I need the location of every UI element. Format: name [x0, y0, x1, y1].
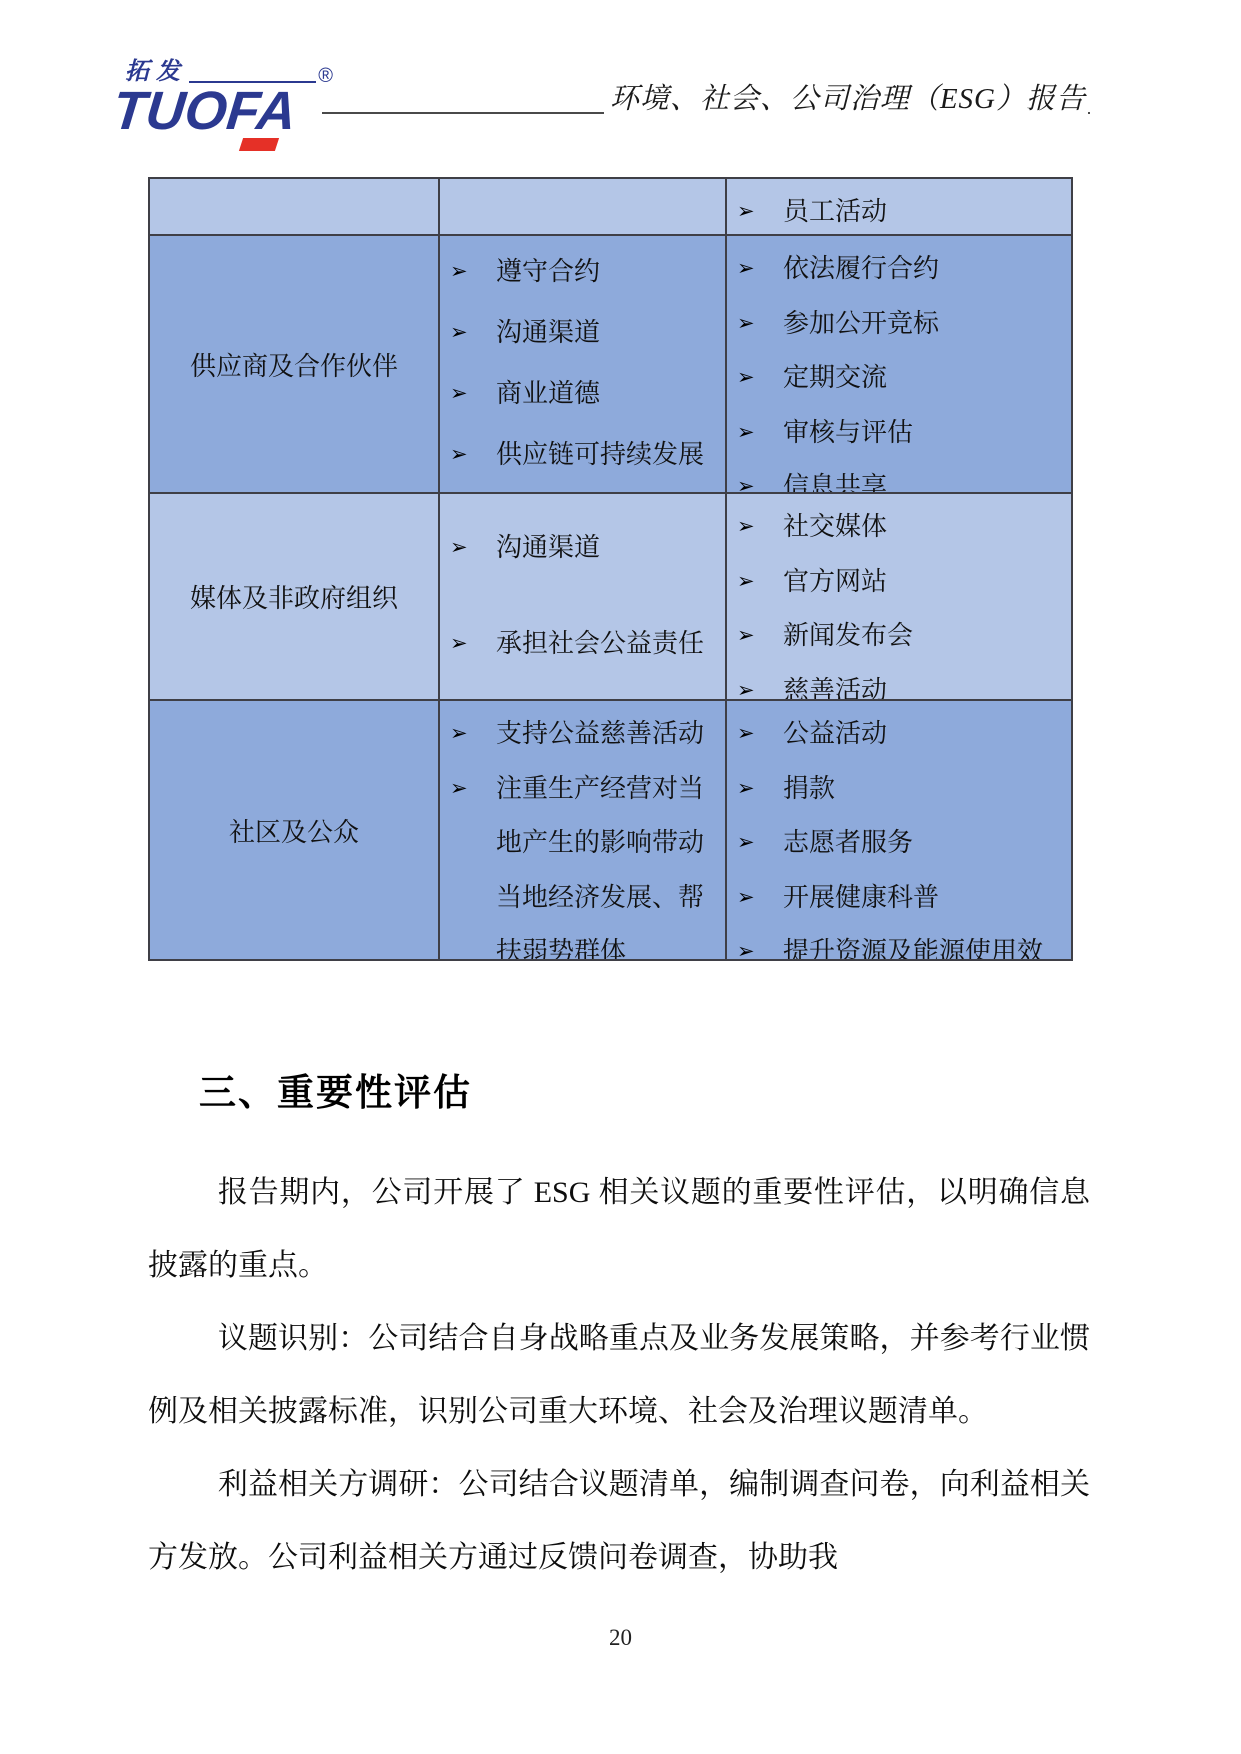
arrow-bullet-icon: ➢ [737, 351, 783, 405]
arrow-bullet-icon: ➢ [737, 460, 783, 492]
item-label: 新闻发布会 [783, 609, 1069, 664]
expectations-cell: ➢遵守合约➢沟通渠道➢商业道德➢供应链可持续发展 [438, 236, 725, 492]
expectations-cell: ➢支持公益慈善活动➢注重生产经营对当地产生的影响带动当地经济发展、帮扶弱势群体 [438, 701, 725, 959]
arrow-bullet-icon: ➢ [450, 521, 496, 575]
expectation-item: ➢遵守合约 [450, 245, 723, 300]
arrow-bullet-icon: ➢ [450, 245, 496, 299]
item-label: 支持公益慈善活动 [496, 707, 723, 762]
response-item: ➢慈善活动 [737, 664, 1069, 699]
arrow-bullet-icon: ➢ [737, 242, 783, 296]
arrow-bullet-icon: ➢ [450, 367, 496, 421]
item-label: 注重生产经营对当地产生的影响带动当地经济发展、帮扶弱势群体 [496, 762, 723, 959]
response-item: ➢定期交流 [737, 351, 1069, 406]
body-text: 报告期内，公司开展了 ESG 相关议题的重要性评估，以明确信息披露的重点。 议题… [148, 1156, 1090, 1594]
table-row: 供应商及合作伙伴➢遵守合约➢沟通渠道➢商业道德➢供应链可持续发展➢依法履行合约➢… [150, 234, 1071, 492]
expectations-cell [438, 179, 725, 234]
response-item: ➢提升资源及能源使用效率 [737, 925, 1069, 959]
arrow-bullet-icon: ➢ [737, 297, 783, 351]
logo-wordmark: TUOFA [110, 84, 336, 138]
item-label: 沟通渠道 [496, 306, 723, 361]
arrow-bullet-icon: ➢ [450, 707, 496, 761]
stakeholder-cell: 供应商及合作伙伴 [150, 236, 438, 492]
logo-red-accent [239, 138, 279, 151]
arrow-bullet-icon: ➢ [450, 617, 496, 671]
arrow-bullet-icon: ➢ [450, 762, 496, 816]
expectation-item: ➢支持公益慈善活动 [450, 707, 723, 762]
table-row: 媒体及非政府组织➢沟通渠道➢承担社会公益责任➢社交媒体➢官方网站➢新闻发布会➢慈… [150, 492, 1071, 699]
response-item: ➢审核与评估 [737, 406, 1069, 461]
item-label: 遵守合约 [496, 245, 723, 300]
stakeholder-cell [150, 179, 438, 234]
item-label: 员工活动 [783, 185, 1069, 234]
stakeholder-cell: 媒体及非政府组织 [150, 494, 438, 699]
arrow-bullet-icon: ➢ [737, 871, 783, 925]
expectations-cell: ➢沟通渠道➢承担社会公益责任 [438, 494, 725, 699]
table-row: 社区及公众➢支持公益慈善活动➢注重生产经营对当地产生的影响带动当地经济发展、帮扶… [150, 699, 1071, 959]
response-item: ➢新闻发布会 [737, 609, 1069, 664]
responses-cell: ➢社交媒体➢官方网站➢新闻发布会➢慈善活动 [725, 494, 1071, 699]
item-label: 捐款 [783, 762, 1069, 817]
arrow-bullet-icon: ➢ [737, 555, 783, 609]
response-item: ➢员工活动 [737, 185, 1069, 234]
response-item: ➢开展健康科普 [737, 871, 1069, 926]
document-page: 拓发 ® TUOFA 环境、社会、公司治理（ESG）报告 ➢员工活动供应商及合作… [0, 0, 1241, 1754]
expectation-item: ➢沟通渠道 [450, 521, 723, 576]
arrow-bullet-icon: ➢ [450, 428, 496, 482]
paragraph: 报告期内，公司开展了 ESG 相关议题的重要性评估，以明确信息披露的重点。 [148, 1156, 1090, 1302]
expectation-item: ➢供应链可持续发展 [450, 428, 723, 483]
arrow-bullet-icon: ➢ [737, 762, 783, 816]
arrow-bullet-icon: ➢ [737, 500, 783, 554]
stakeholder-cell: 社区及公众 [150, 701, 438, 959]
response-item: ➢依法履行合约 [737, 242, 1069, 297]
expectation-item: ➢承担社会公益责任 [450, 617, 723, 672]
table-row: ➢员工活动 [150, 179, 1071, 234]
item-label: 沟通渠道 [496, 521, 723, 576]
item-label: 提升资源及能源使用效率 [783, 925, 1069, 959]
arrow-bullet-icon: ➢ [737, 406, 783, 460]
tuofa-logo: 拓发 ® TUOFA [113, 56, 333, 138]
responses-cell: ➢公益活动➢捐款➢志愿者服务➢开展健康科普➢提升资源及能源使用效率 [725, 701, 1071, 959]
response-item: ➢信息共享 [737, 460, 1069, 492]
arrow-bullet-icon: ➢ [737, 185, 783, 234]
section-heading: 三、重要性评估 [199, 1062, 472, 1116]
arrow-bullet-icon: ➢ [737, 609, 783, 663]
expectation-item: ➢注重生产经营对当地产生的影响带动当地经济发展、帮扶弱势群体 [450, 762, 723, 959]
item-label: 慈善活动 [783, 664, 1069, 699]
item-label: 承担社会公益责任 [496, 617, 723, 672]
item-label: 志愿者服务 [783, 816, 1069, 871]
response-item: ➢公益活动 [737, 707, 1069, 762]
arrow-bullet-icon: ➢ [450, 306, 496, 360]
response-item: ➢社交媒体 [737, 500, 1069, 555]
responses-cell: ➢依法履行合约➢参加公开竞标➢定期交流➢审核与评估➢信息共享 [725, 236, 1071, 492]
item-label: 依法履行合约 [783, 242, 1069, 297]
response-item: ➢捐款 [737, 762, 1069, 817]
arrow-bullet-icon: ➢ [737, 816, 783, 870]
item-label: 参加公开竞标 [783, 297, 1069, 352]
responses-cell: ➢员工活动 [725, 179, 1071, 234]
item-label: 定期交流 [783, 351, 1069, 406]
item-label: 审核与评估 [783, 406, 1069, 461]
arrow-bullet-icon: ➢ [737, 664, 783, 699]
response-item: ➢志愿者服务 [737, 816, 1069, 871]
expectation-item: ➢沟通渠道 [450, 306, 723, 361]
paragraph: 议题识别：公司结合自身战略重点及业务发展策略，并参考行业惯例及相关披露标准，识别… [148, 1302, 1090, 1448]
item-label: 公益活动 [783, 707, 1069, 762]
item-label: 信息共享 [783, 460, 1069, 492]
page-number: 20 [0, 1625, 1241, 1651]
header-title: 环境、社会、公司治理（ESG）报告 [604, 76, 1088, 121]
item-label: 供应链可持续发展 [496, 428, 723, 483]
item-label: 官方网站 [783, 555, 1069, 610]
arrow-bullet-icon: ➢ [737, 707, 783, 761]
response-item: ➢参加公开竞标 [737, 297, 1069, 352]
stakeholder-table: ➢员工活动供应商及合作伙伴➢遵守合约➢沟通渠道➢商业道德➢供应链可持续发展➢依法… [148, 177, 1073, 961]
response-item: ➢官方网站 [737, 555, 1069, 610]
paragraph: 利益相关方调研：公司结合议题清单，编制调查问卷，向利益相关方发放。公司利益相关方… [148, 1448, 1090, 1594]
item-label: 开展健康科普 [783, 871, 1069, 926]
item-label: 商业道德 [496, 367, 723, 422]
arrow-bullet-icon: ➢ [737, 925, 783, 959]
expectation-item: ➢商业道德 [450, 367, 723, 422]
item-label: 社交媒体 [783, 500, 1069, 555]
registered-trademark-icon: ® [318, 66, 333, 86]
